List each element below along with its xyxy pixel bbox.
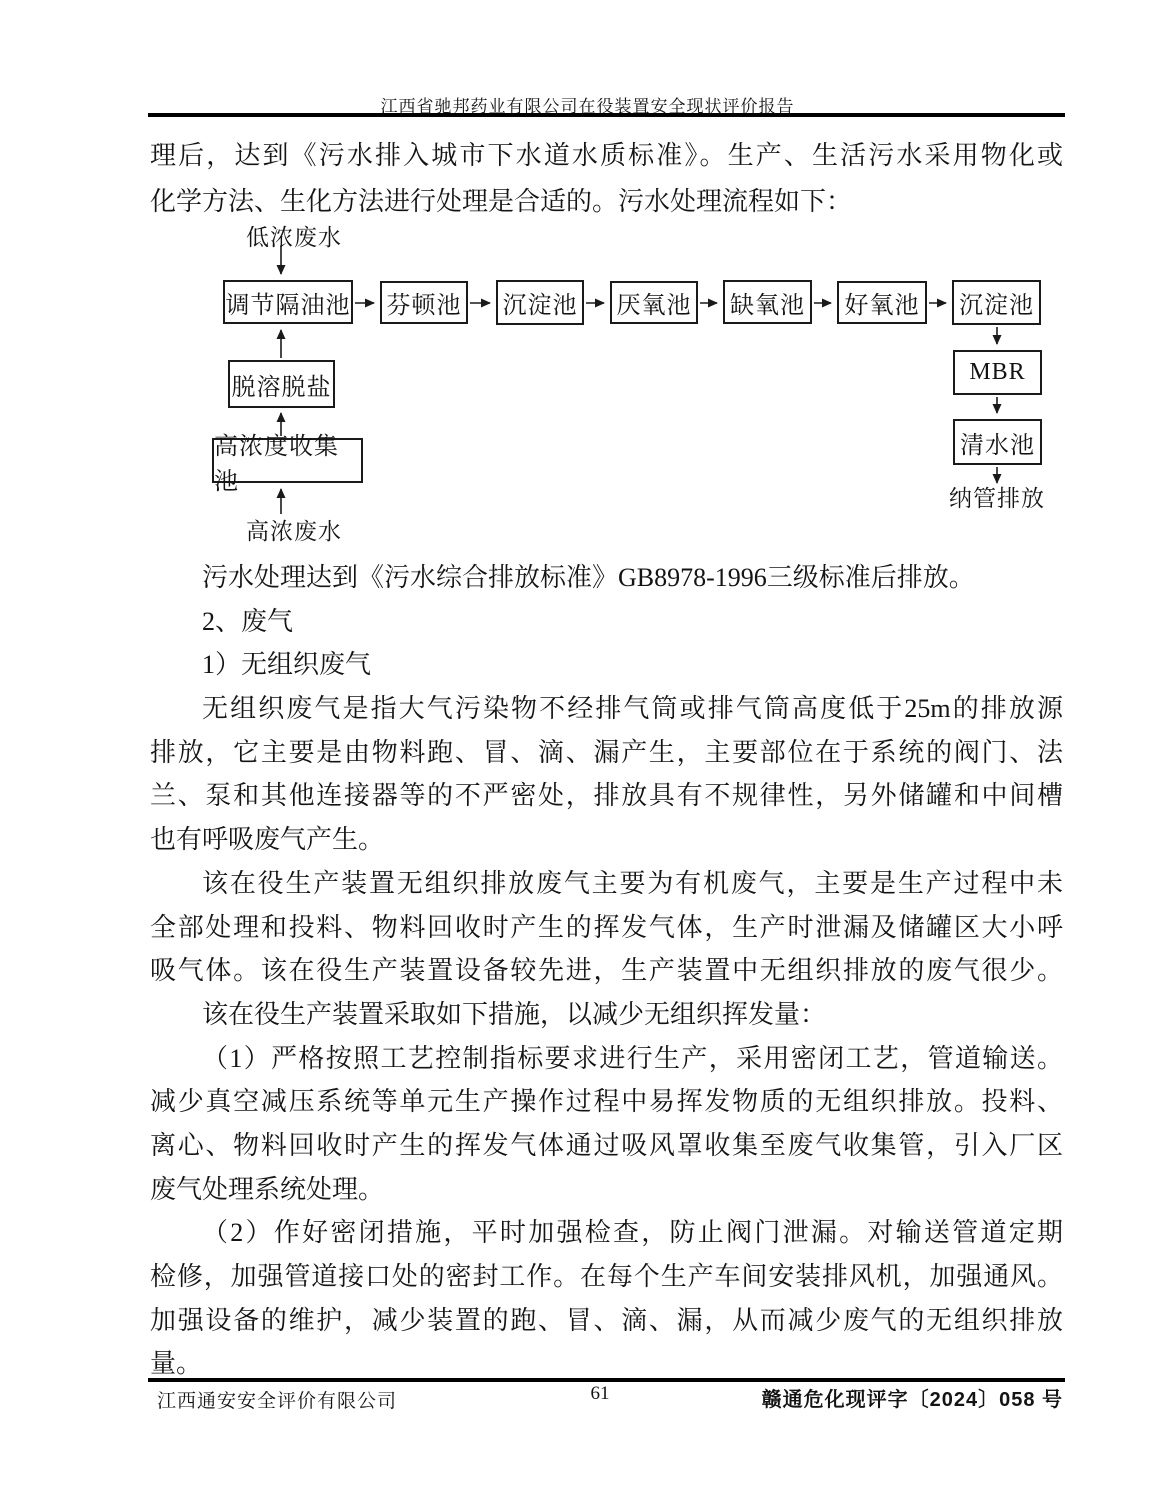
flow-box-high-concentration-collection-tank: 高浓度收集池 — [212, 438, 363, 483]
text-line: 加强设备的维护，减少装置的跑、冒、滴、漏，从而减少废气的无组织排放 — [150, 1299, 1063, 1343]
flow-box-regulating-oil-separation-tank: 调节隔油池 — [223, 280, 353, 324]
text-line: 也有呼吸废气产生。 — [150, 818, 1063, 862]
flow-box-desolvation-desalting: 脱溶脱盐 — [228, 360, 335, 408]
document-page: 江西省驰邦药业有限公司在役装置安全现状评价报告 理后，达到《污水排入城市下水道水… — [0, 0, 1175, 1497]
text-line: （2）作好密闭措施，平时加强检查，防止阀门泄漏。对输送管道定期 — [150, 1211, 1063, 1255]
page-number: 61 — [578, 1383, 622, 1405]
text-line: 兰、泵和其他连接器等的不严密处，排放具有不规律性，另外储罐和中间槽 — [150, 774, 1063, 818]
footer-company-name: 江西通安安全评价有限公司 — [157, 1386, 397, 1413]
body-text: 污水处理达到《污水综合排放标准》GB8978-1996三级标准后排放。 2、废气… — [150, 556, 1063, 1386]
flow-box-clear-water-tank: 清水池 — [953, 419, 1042, 465]
text-line: 污水处理达到《污水综合排放标准》GB8978-1996三级标准后排放。 — [150, 556, 1063, 600]
flow-box-fenton-tank: 芬顿池 — [380, 281, 468, 324]
flow-label-low-concentration-inflow: 低浓废水 — [242, 219, 346, 252]
flow-box-mbr: MBR — [953, 350, 1042, 395]
text-line: 1）无组织废气 — [150, 643, 1063, 687]
intro-paragraph: 理后，达到《污水排入城市下水道水质标准》。生产、生活污水采用物化或 化学方法、生… — [150, 133, 1063, 225]
text-line: 该在役生产装置无组织排放废气主要为有机废气，主要是生产过程中未 — [150, 862, 1063, 906]
text-line: 该在役生产装置采取如下措施，以减少无组织挥发量： — [150, 993, 1063, 1037]
footer-rule — [148, 1378, 1065, 1382]
text-line: 离心、物料回收时产生的挥发气体通过吸风罩收集至废气收集管，引入厂区 — [150, 1124, 1063, 1168]
text-line: 减少真空减压系统等单元生产操作过程中易挥发物质的无组织排放。投料、 — [150, 1080, 1063, 1124]
flow-box-aerobic-tank: 好氧池 — [837, 281, 927, 324]
text-line: 全部处理和投料、物料回收时产生的挥发气体，生产时泄漏及储罐区大小呼 — [150, 906, 1063, 950]
flow-label-pipe-discharge: 纳管排放 — [945, 480, 1049, 513]
flow-box-anoxic-tank: 缺氧池 — [723, 280, 812, 324]
flow-box-sedimentation-tank-1: 沉淀池 — [496, 280, 584, 325]
flow-box-anaerobic-tank: 厌氧池 — [610, 281, 698, 324]
flow-label-high-concentration-inflow: 高浓废水 — [242, 513, 346, 546]
text-line: 检修，加强管道接口处的密封工作。在每个生产车间安装排风机，加强通风。 — [150, 1255, 1063, 1299]
text-line: （1）严格按照工艺控制指标要求进行生产，采用密闭工艺，管道输送。 — [150, 1037, 1063, 1081]
text-line: 排放，它主要是由物料跑、冒、滴、漏产生，主要部位在于系统的阀门、法 — [150, 731, 1063, 775]
text-line: 2、废气 — [150, 600, 1063, 644]
text-line: 吸气体。该在役生产装置设备较先进，生产装置中无组织排放的废气很少。 — [150, 949, 1063, 993]
header-rule — [148, 113, 1065, 117]
text-line: 无组织废气是指大气污染物不经排气筒或排气筒高度低于25m的排放源 — [150, 687, 1063, 731]
flow-box-sedimentation-tank-2: 沉淀池 — [952, 280, 1041, 325]
text-line: 理后，达到《污水排入城市下水道水质标准》。生产、生活污水采用物化或 — [150, 133, 1063, 179]
footer-document-number: 赣通危化现评字〔2024〕058 号 — [762, 1383, 1063, 1412]
text-line: 废气处理系统处理。 — [150, 1168, 1063, 1212]
